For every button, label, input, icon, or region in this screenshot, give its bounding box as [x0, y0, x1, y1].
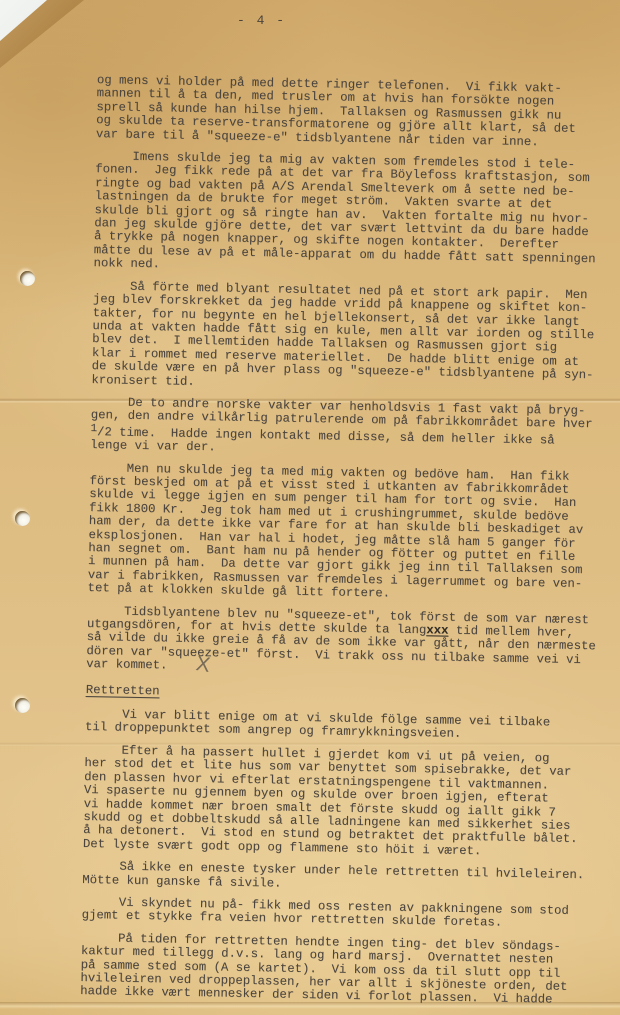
section-heading: Rettretten	[86, 684, 599, 707]
paragraph: Imens skulde jeg ta mig av vakten som fr…	[93, 150, 608, 280]
paragraph: Vi var blitt enige om at vi skulde fölge…	[85, 708, 598, 744]
paragraph: På tiden for rettretten hendte ingen tin…	[80, 932, 594, 1008]
paragraph: De to andre norske vakter var henholdsvi…	[90, 396, 604, 462]
paragraph: Tidsblyantene blev nu "squeeze-et", tok …	[86, 605, 600, 681]
typewritten-text-body: og mens vi holder på med dette ringer te…	[0, 72, 620, 1008]
overstruck-text: xxx	[426, 623, 448, 637]
page-number: - 4 -	[237, 13, 286, 28]
paragraph: Vi skyndet nu på- fikk med oss resten av…	[81, 896, 594, 932]
paragraph: Så förte med blyant resultatet ned på et…	[91, 280, 606, 397]
paragraph: Så ikke en eneste tysker under hele rett…	[82, 860, 595, 896]
scanned-document-page: - 4 - og mens vi holder på med dette rin…	[0, 0, 620, 1015]
paragraph: Efter å ha passert hullet i gjerdet kom …	[83, 744, 598, 861]
paragraph: og mens vi holder på med dette ringer te…	[96, 74, 610, 150]
paragraph: Men nu skulde jeg ta med mig vakten og b…	[87, 462, 602, 605]
